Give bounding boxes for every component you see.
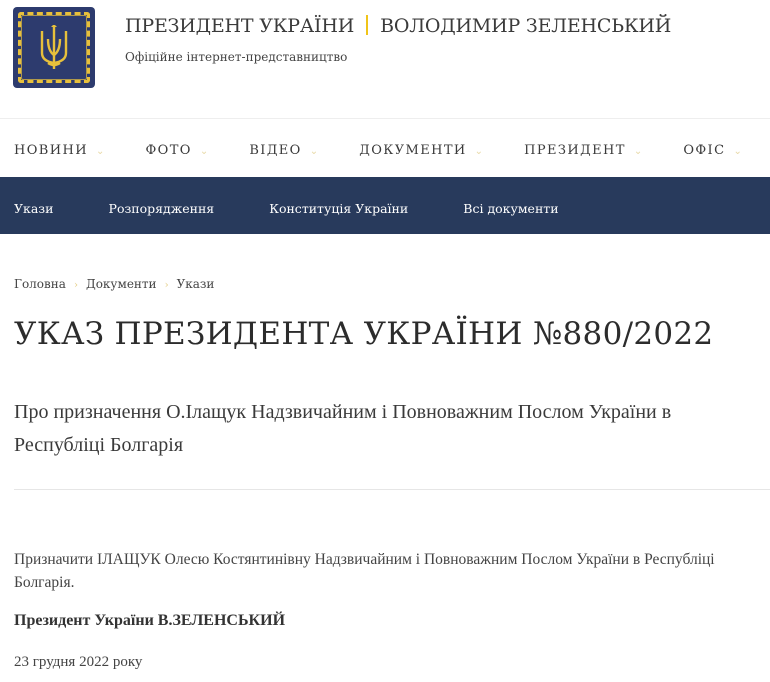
site-header: ПРЕЗИДЕНТ УКРАЇНИВОЛОДИМИР ЗЕЛЕНСЬКИЙ Оф… <box>0 0 770 118</box>
nav-label: ДОКУМЕНТИ <box>359 143 466 158</box>
breadcrumb: Головна›Документи›Укази <box>14 277 214 291</box>
nav-label: ФОТО <box>145 143 191 158</box>
breadcrumb-home[interactable]: Головна <box>14 277 66 291</box>
chevron-down-icon: ⌄ <box>634 146 642 157</box>
nav-label: ВІДЕО <box>249 143 301 158</box>
chevron-right-icon: › <box>74 280 78 291</box>
document-body: Призначити ІЛАЩУК Олесю Костянтинівну На… <box>14 548 754 594</box>
title-separator <box>366 15 368 35</box>
nav-item-video[interactable]: ВІДЕО⌄ <box>249 143 318 158</box>
document-signature: Президент України В.ЗЕЛЕНСЬКИЙ <box>14 612 285 630</box>
site-subtitle: Офіційне інтернет-представництво <box>125 50 347 64</box>
chevron-down-icon: ⌄ <box>733 146 741 157</box>
site-title-name: ВОЛОДИМИР ЗЕЛЕНСЬКИЙ <box>380 15 671 37</box>
documents-subnavigation: Укази Розпорядження Конституція України … <box>0 177 770 234</box>
chevron-down-icon: ⌄ <box>96 146 104 157</box>
site-title-president: ПРЕЗИДЕНТ УКРАЇНИ <box>125 15 354 37</box>
document-subtitle: Про призначення О.Ілащук Надзвичайним і … <box>14 396 734 462</box>
subnav-item-constitution[interactable]: Конституція України <box>269 201 408 216</box>
trident-icon <box>39 25 69 71</box>
nav-item-documents[interactable]: ДОКУМЕНТИ⌄ <box>359 143 483 158</box>
document-date: 23 грудня 2022 року <box>14 654 142 671</box>
nav-item-photo[interactable]: ФОТО⌄ <box>145 143 208 158</box>
page-title: УКАЗ ПРЕЗИДЕНТА УКРАЇНИ №880/2022 <box>14 316 713 352</box>
chevron-down-icon: ⌄ <box>475 146 483 157</box>
nav-label: ПРЕЗИДЕНТ <box>524 143 626 158</box>
breadcrumb-documents[interactable]: Документи <box>86 277 157 291</box>
main-navigation: НОВИНИ⌄ ФОТО⌄ ВІДЕО⌄ ДОКУМЕНТИ⌄ ПРЕЗИДЕН… <box>0 119 770 177</box>
subnav-item-all-documents[interactable]: Всі документи <box>463 201 558 216</box>
nav-item-office[interactable]: ОФІС⌄ <box>683 143 742 158</box>
chevron-down-icon: ⌄ <box>310 146 318 157</box>
breadcrumb-decrees[interactable]: Укази <box>177 277 215 291</box>
subnav-item-orders[interactable]: Розпорядження <box>109 201 215 216</box>
nav-item-news[interactable]: НОВИНИ⌄ <box>14 143 104 158</box>
content-divider <box>14 489 770 490</box>
subnav-item-decrees[interactable]: Укази <box>14 201 53 216</box>
nav-label: НОВИНИ <box>14 143 88 158</box>
chevron-right-icon: › <box>165 280 169 291</box>
nav-label: ОФІС <box>683 143 725 158</box>
nav-item-president[interactable]: ПРЕЗИДЕНТ⌄ <box>524 143 642 158</box>
trident-coat-of-arms-icon[interactable] <box>13 7 95 88</box>
chevron-down-icon: ⌄ <box>200 146 208 157</box>
site-title[interactable]: ПРЕЗИДЕНТ УКРАЇНИВОЛОДИМИР ЗЕЛЕНСЬКИЙ <box>125 15 671 37</box>
